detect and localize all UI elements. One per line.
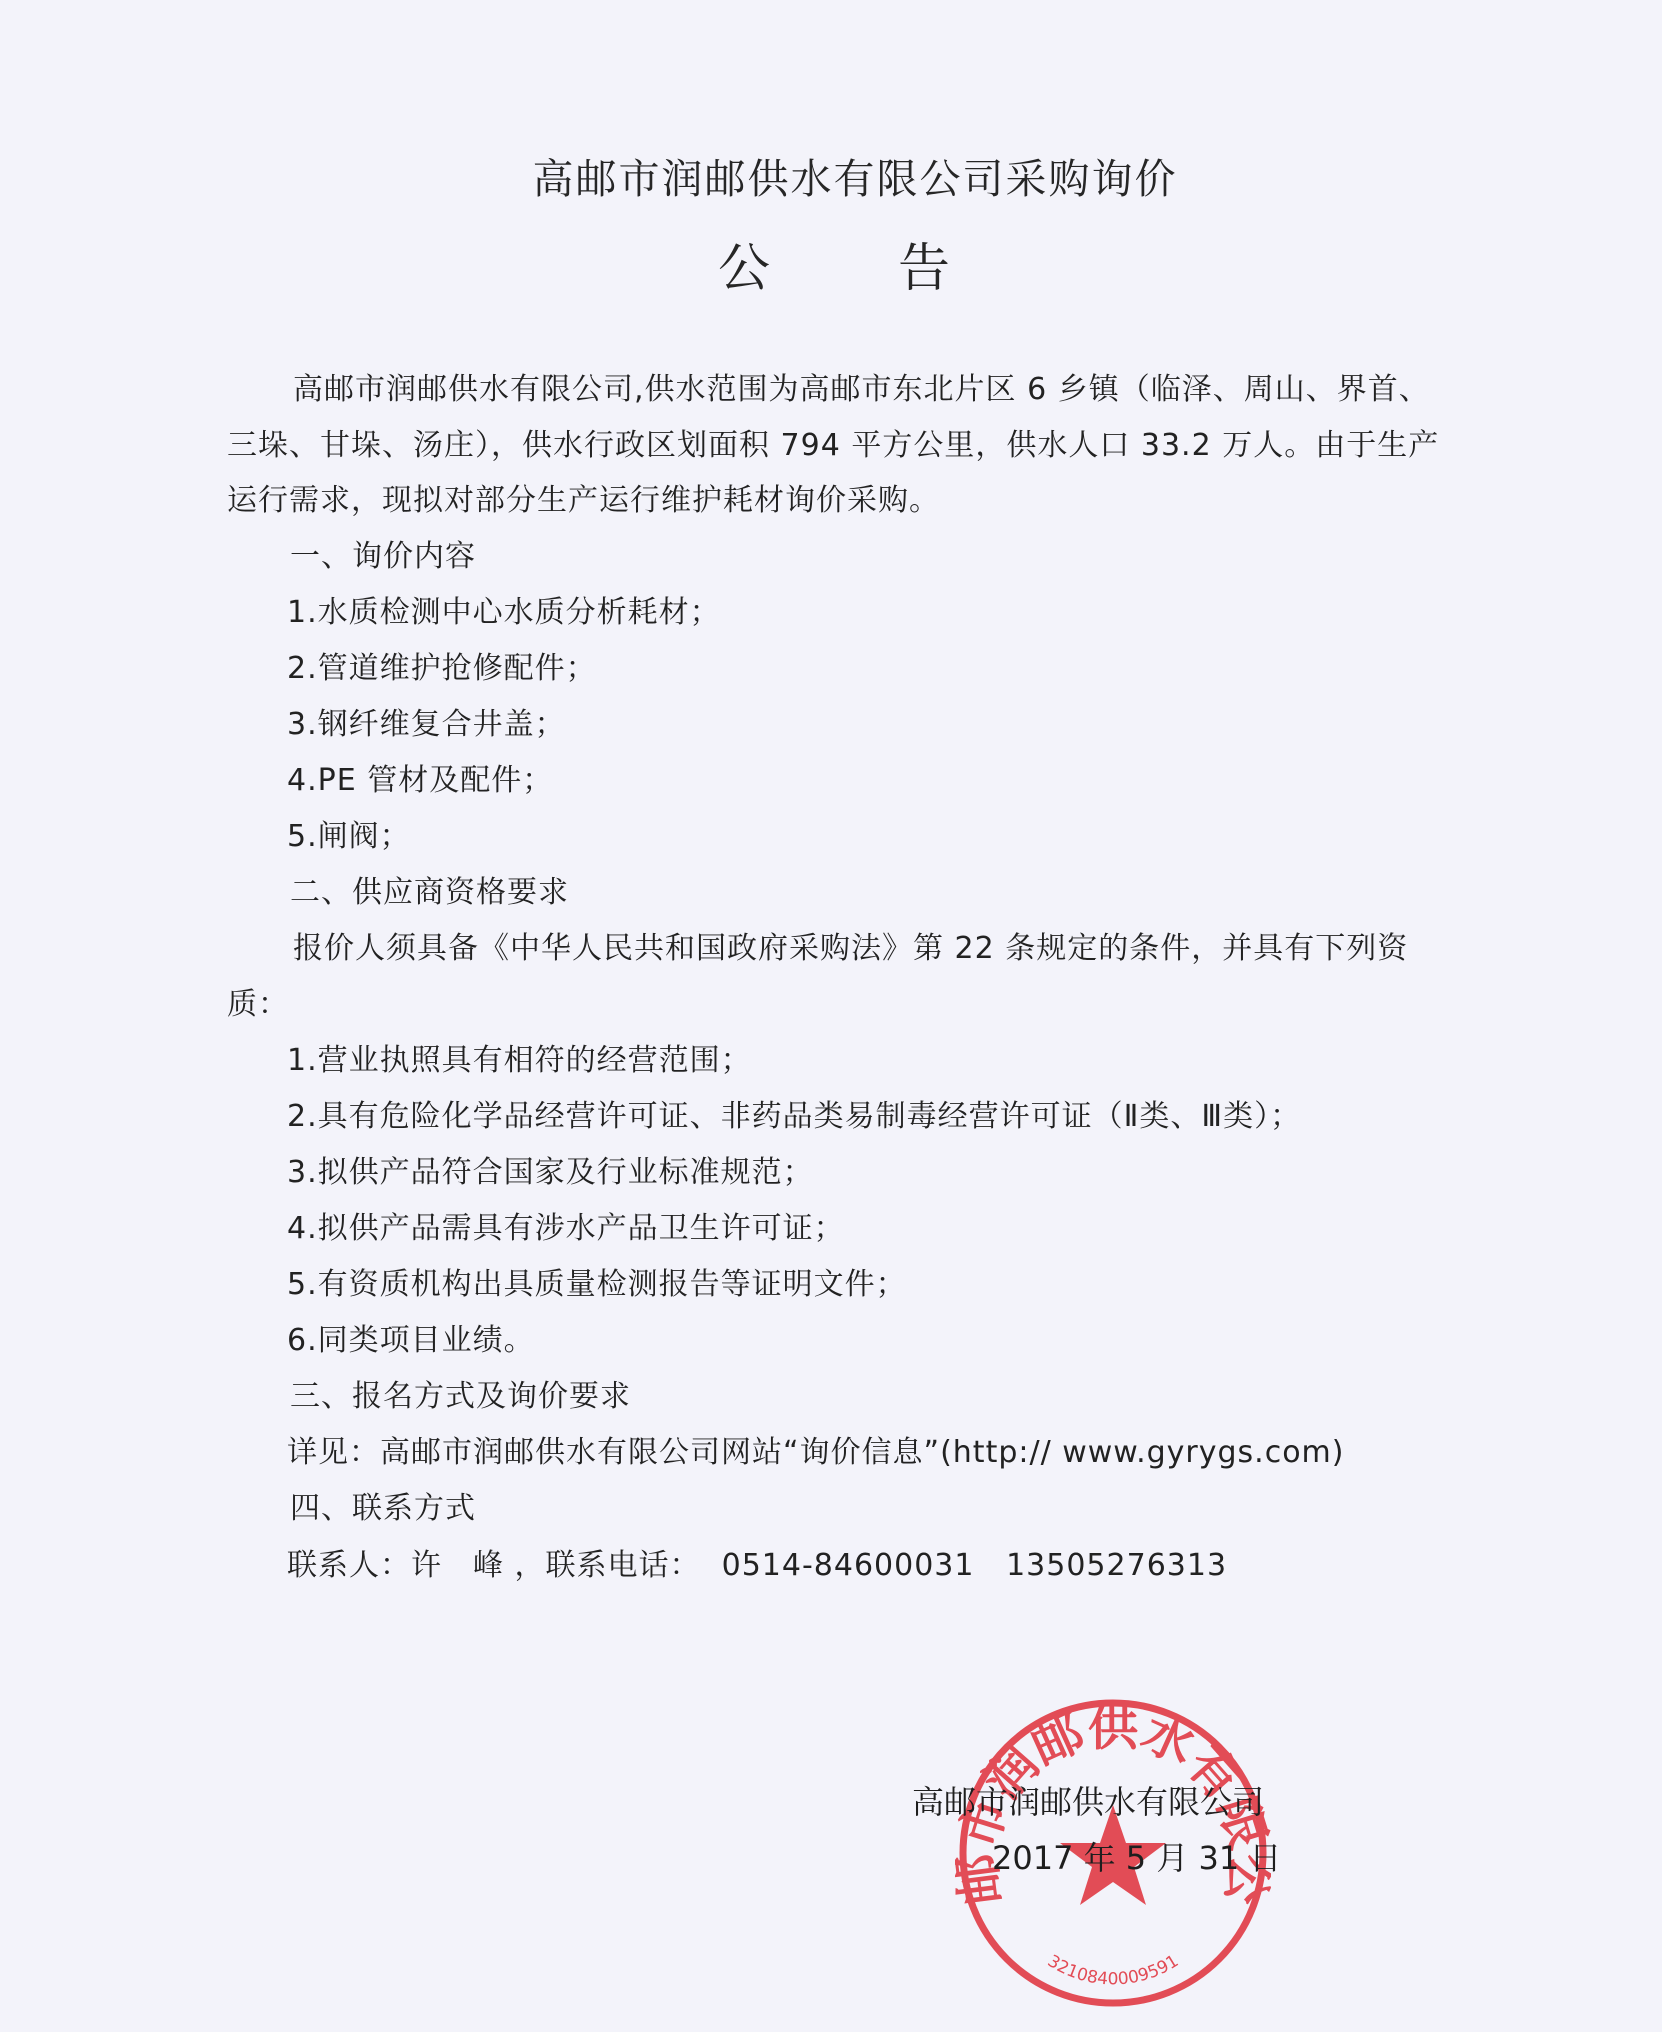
section1-item-1: 1.水质检测中心水质分析耗材； (287, 593, 1547, 633)
section2-item-2: 2.具有危险化学品经营许可证、非药品类易制毒经营许可证（Ⅱ类、Ⅲ类）； (287, 1097, 1547, 1137)
section1-item-3: 3.钢纤维复合井盖； (287, 705, 1547, 745)
section2-item-5: 5.有资质机构出具质量检测报告等证明文件； (287, 1265, 1547, 1305)
section1-item-4: 4.PE 管材及配件； (287, 761, 1547, 801)
subtitle-char-1: 公 (718, 226, 770, 301)
section3-heading: 三、报名方式及询价要求 (290, 1377, 1550, 1417)
intro-line-2: 三垛、甘垛、汤庄），供水行政区划面积 794 平方公里，供水人口 33.2 万人… (227, 426, 1487, 466)
section2-item-1: 1.营业执照具有相符的经营范围； (287, 1041, 1547, 1081)
section2-intro-line-2: 质： (227, 985, 1487, 1025)
section2-item-6: 6.同类项目业绩。 (287, 1321, 1547, 1361)
section2-item-3: 3.拟供产品符合国家及行业标准规范； (287, 1153, 1547, 1193)
stamp-code: 3210840009591 (1044, 1951, 1182, 1989)
signature-company: 高邮市润邮供水有限公司 (912, 1777, 1264, 1823)
section1-item-5: 5.闸阀； (287, 817, 1547, 857)
section2-heading: 二、供应商资格要求 (290, 873, 1550, 913)
section1-heading: 一、询价内容 (290, 537, 1550, 577)
subtitle-char-2: 告 (898, 226, 950, 301)
section4-heading: 四、联系方式 (290, 1489, 1550, 1529)
section2-item-4: 4.拟供产品需具有涉水产品卫生许可证； (287, 1209, 1547, 1249)
intro-line-1: 高邮市润邮供水有限公司,供水范围为高邮市东北片区 6 乡镇（临泽、周山、界首、 (293, 370, 1487, 410)
intro-line-3: 运行需求，现拟对部分生产运行维护耗材询价采购。 (227, 481, 1487, 521)
document-subtitle: 公告 (718, 226, 950, 301)
section3-text: 详见：高邮市润邮供水有限公司网站“询价信息”(http:// www.gyryg… (287, 1433, 1547, 1473)
signature-date: 2017 年 5 月 31 日 (992, 1833, 1281, 1879)
section2-intro-line-1: 报价人须具备《中华人民共和国政府采购法》第 22 条规定的条件，并具有下列资 (293, 929, 1487, 969)
section1-item-2: 2.管道维护抢修配件； (287, 649, 1547, 689)
document-title: 高邮市润邮供水有限公司采购询价 (0, 146, 1662, 205)
section4-contact: 联系人：许 峰 ，联系电话： 0514-84600031 13505276313 (287, 1546, 1547, 1586)
